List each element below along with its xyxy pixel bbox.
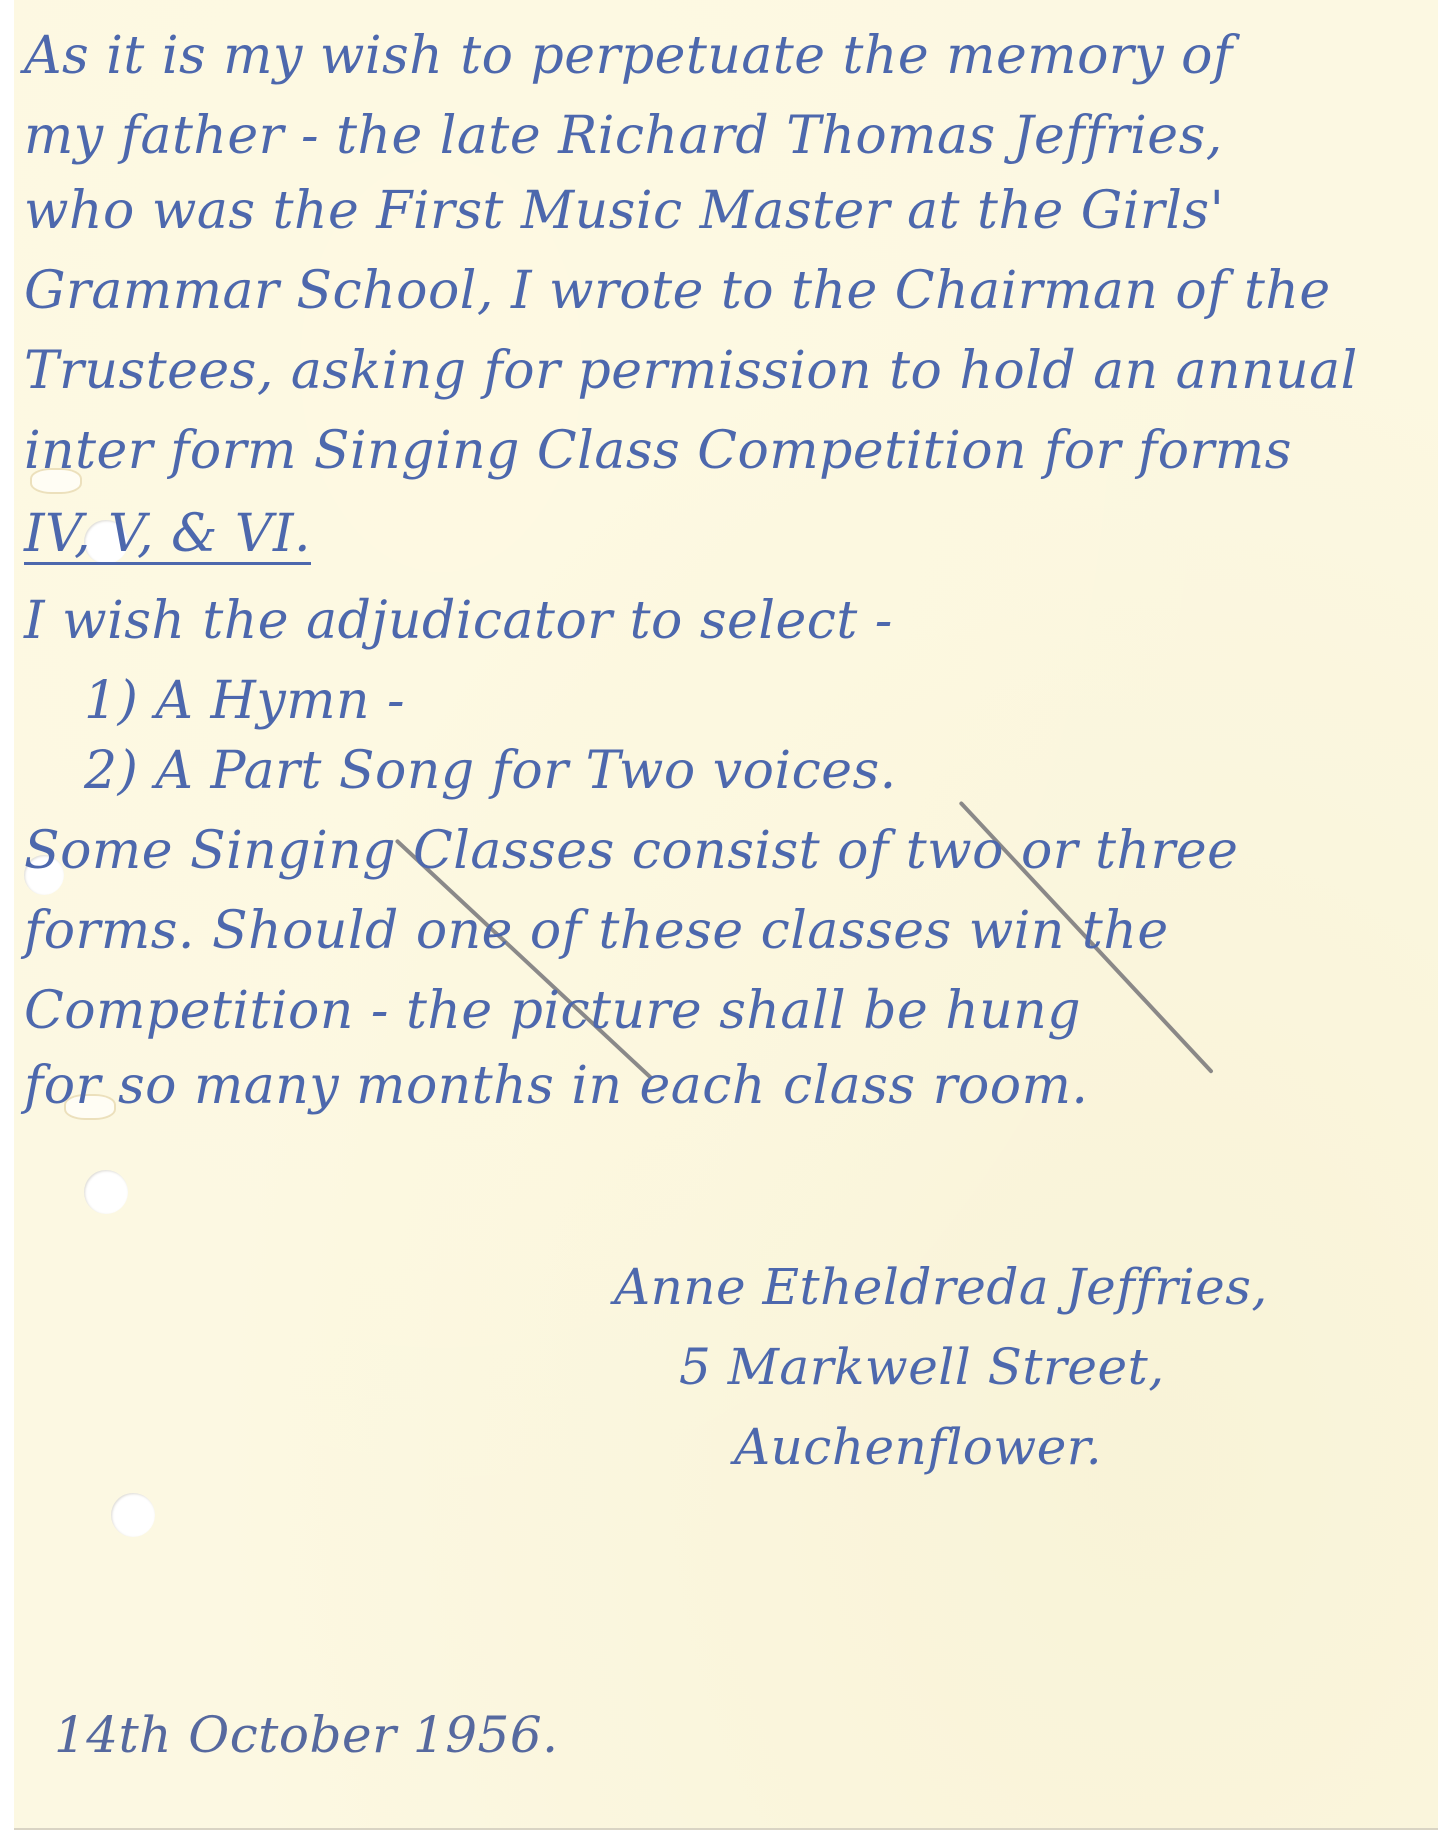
letter-line: Grammar School, I wrote to the Chairman … — [24, 265, 1331, 317]
signature-address-suburb: Auchenflower. — [734, 1422, 1102, 1472]
signature-name: Anne Etheldreda Jeffries, — [614, 1262, 1268, 1312]
letter-line: As it is my wish to perpetuate the memor… — [24, 30, 1233, 82]
punch-hole — [111, 1493, 155, 1537]
letter-line: for so many months in each class room. — [24, 1060, 1088, 1112]
instruction-line: I wish the adjudicator to select - — [24, 595, 893, 647]
letter-page: As it is my wish to perpetuate the memor… — [14, 0, 1438, 1830]
letter-line: my father - the late Richard Thomas Jeff… — [24, 110, 1223, 162]
letter-line: who was the First Music Master at the Gi… — [24, 185, 1224, 237]
letter-line: Trustees, asking for permission to hold … — [24, 345, 1358, 397]
letter-line: Some Singing Classes consist of two or t… — [24, 825, 1238, 877]
signature-address-street: 5 Markwell Street, — [679, 1342, 1165, 1392]
letter-line: inter form Singing Class Competition for… — [24, 425, 1292, 477]
forms-line: IV, V, & VI. — [24, 508, 311, 565]
letter-line: Competition - the picture shall be hung — [24, 985, 1081, 1037]
punch-hole — [84, 1170, 128, 1214]
letter-line: forms. Should one of these classes win t… — [24, 905, 1169, 957]
list-item: 2) A Part Song for Two voices. — [84, 745, 897, 797]
list-item: 1) A Hymn - — [84, 675, 405, 727]
letter-date: 14th October 1956. — [54, 1710, 559, 1760]
